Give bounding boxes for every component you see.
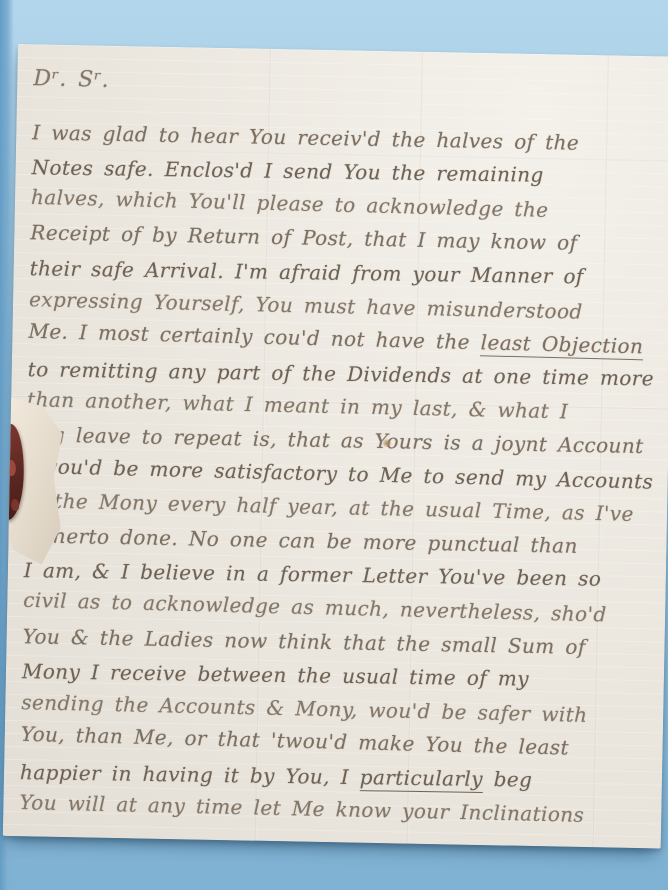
photo-of-letter: { "photo": { "background_color": "#a6cee…: [0, 0, 668, 890]
wax-seal-fragment: [11, 499, 19, 511]
salutation: Dʳ. Sʳ.: [33, 62, 124, 98]
line-text: beg: [483, 767, 533, 792]
underlined-phrase: least Objection: [480, 330, 643, 360]
ink-stain: [382, 439, 391, 447]
line-text: Me. I most certainly cou'd not have the: [28, 319, 481, 354]
line-text: happier in having it by You, I: [20, 760, 360, 789]
handwritten-text: Dʳ. Sʳ. I was glad to hear You receiv'd …: [19, 62, 668, 833]
letter-sheet: Dʳ. Sʳ. I was glad to hear You receiv'd …: [3, 44, 668, 848]
underlined-phrase: particularly: [360, 765, 484, 793]
